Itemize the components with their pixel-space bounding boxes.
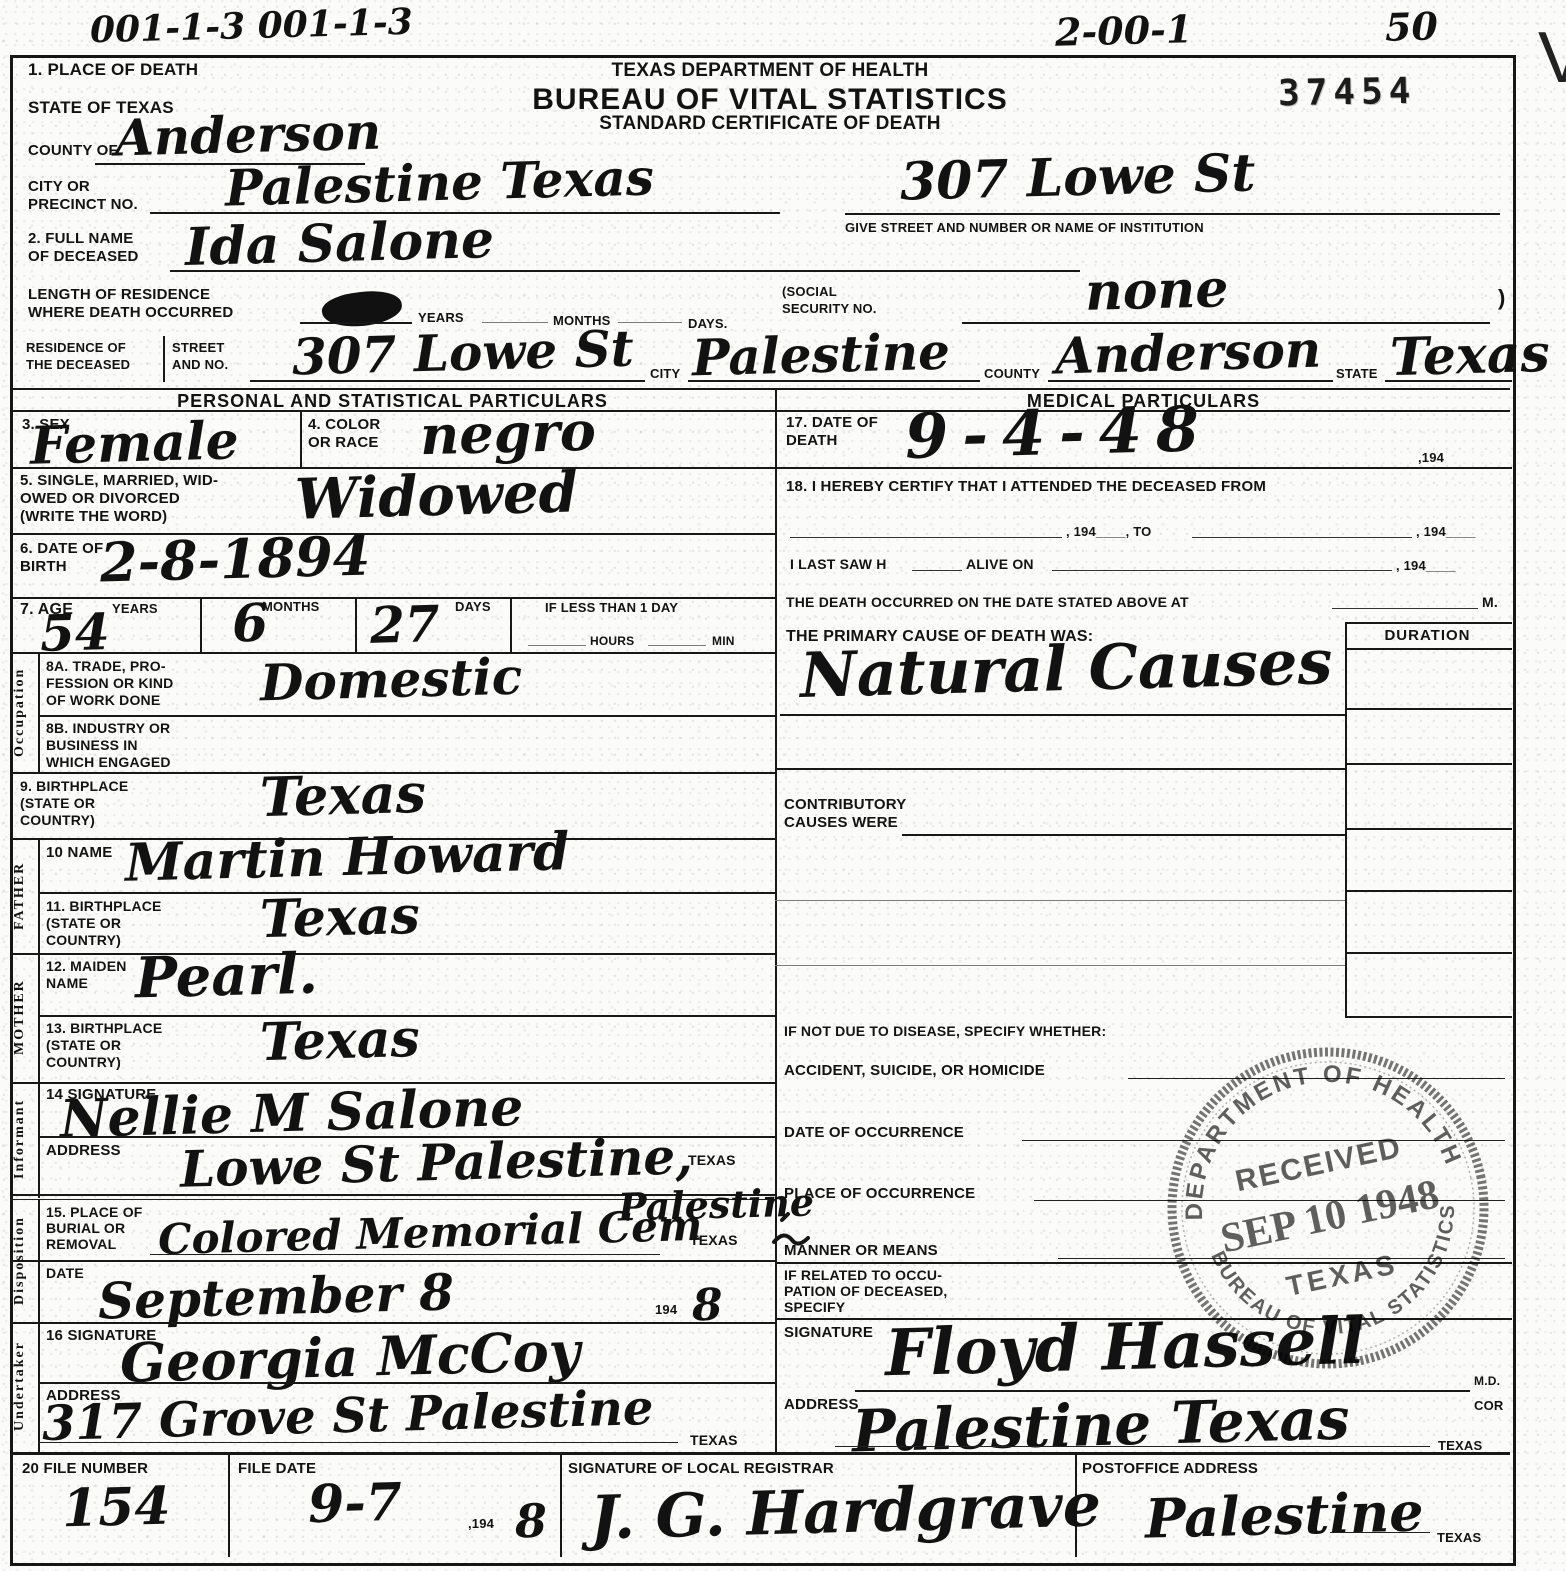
- trade-label-2: FESSION OR KIND: [46, 675, 173, 692]
- postoffice-state-label: TEXAS: [1437, 1530, 1481, 1545]
- city-label-2: PRECINCT NO.: [28, 196, 138, 214]
- dob-value: 2-8-1894: [99, 528, 371, 589]
- residence-county-value: Anderson: [1054, 325, 1321, 382]
- street-number-value: 307 Lowe St: [899, 147, 1256, 208]
- file-code-left: 001-1-3 001-1-3: [90, 4, 414, 48]
- undertaker-state-label: TEXAS: [690, 1432, 738, 1449]
- death-occurred-m-suffix: M.: [1482, 594, 1498, 611]
- manner-means-label: MANNER OR MEANS: [784, 1242, 938, 1260]
- related-occupation-label-2: PATION OF DECEASED,: [784, 1283, 948, 1300]
- svg-text:TEXAS: TEXAS: [1284, 1248, 1401, 1302]
- full-name-label-2: OF DECEASED: [28, 248, 139, 266]
- burial-label-2: BURIAL OR: [46, 1220, 125, 1237]
- residence-state-label: STATE: [1336, 366, 1378, 381]
- cor-label: COR: [1474, 1398, 1504, 1413]
- industry-label-2: BUSINESS IN: [46, 737, 138, 754]
- birthplace-label-1: 9. BIRTHPLACE: [20, 778, 128, 795]
- file-code-mid: 2-00-1: [1055, 10, 1193, 52]
- age-years-label: YEARS: [112, 601, 158, 616]
- trade-label-3: OF WORK DONE: [46, 692, 160, 709]
- industry-label-3: WHICH ENGAGED: [46, 754, 171, 771]
- occupation-side-label: Occupation: [12, 655, 28, 770]
- ssn-value: none: [1084, 263, 1229, 319]
- race-label-1: 4. COLOR: [308, 416, 380, 434]
- primary-cause-value: Natural Causes: [799, 631, 1333, 707]
- age-months-label: MONTHS: [262, 599, 320, 614]
- mother-birthplace-label-3: COUNTRY): [46, 1054, 121, 1071]
- file-number-label: 20 FILE NUMBER: [22, 1460, 148, 1478]
- file-date-year-value: 8: [514, 1498, 547, 1545]
- certify-blank-end: , 194____: [1416, 524, 1476, 539]
- sex-value: Female: [29, 415, 239, 472]
- father-birthplace-label-1: 11. BIRTHPLACE: [46, 898, 162, 915]
- birthplace-label-3: COUNTRY): [20, 812, 95, 829]
- undertaker-address-value: 317 Grove St Palestine: [41, 1384, 653, 1448]
- residence-state-value: Texas: [1389, 328, 1550, 384]
- burial-date-value: September 8: [97, 1267, 454, 1326]
- md-label: M.D.: [1474, 1374, 1500, 1388]
- mother-birthplace-value: Texas: [259, 1013, 420, 1069]
- mother-birthplace-label-1: 13. BIRTHPLACE: [46, 1020, 162, 1037]
- birthplace-label-2: (STATE OR: [20, 795, 95, 812]
- deceased-name-value: Ida Salone: [184, 214, 494, 274]
- trade-label-1: 8A. TRADE, PRO-: [46, 658, 166, 675]
- last-saw-label: I LAST SAW H: [790, 556, 887, 573]
- physician-address-label: ADDRESS: [784, 1396, 859, 1414]
- hours-label: HOURS: [590, 634, 634, 648]
- marital-value: Widowed: [294, 464, 578, 527]
- certificate-title: STANDARD CERTIFICATE OF DEATH: [520, 113, 1020, 135]
- marital-label-1: 5. SINGLE, MARRIED, WID-: [20, 472, 218, 490]
- race-label-2: OR RACE: [308, 434, 379, 452]
- related-occupation-label-1: IF RELATED TO OCCU-: [784, 1267, 942, 1284]
- street-no-label-1: STREET: [172, 340, 224, 355]
- residence-label-1: RESIDENCE OF: [26, 340, 126, 355]
- contributory-label-2: CAUSES WERE: [784, 814, 898, 832]
- contributory-label-1: CONTRIBUTORY: [784, 796, 906, 814]
- date-occurrence-label: DATE OF OCCURRENCE: [784, 1124, 964, 1142]
- residence-city-label: CITY: [650, 366, 680, 381]
- industry-label-1: 8B. INDUSTRY OR: [46, 720, 170, 737]
- physician-address-value: Palestine Texas: [851, 1389, 1350, 1460]
- mother-side-label: MOTHER: [12, 956, 28, 1078]
- place-occurrence-label: PLACE OF OCCURRENCE: [784, 1185, 975, 1203]
- county-of-label: COUNTY OF: [28, 142, 118, 160]
- certificate-number: 37454: [1278, 71, 1417, 116]
- duration-header: DURATION: [1345, 627, 1510, 645]
- informant-address-label: ADDRESS: [46, 1142, 121, 1160]
- mother-maiden-value: Pearl.: [134, 946, 318, 1007]
- alive-on-label: ALIVE ON: [966, 556, 1034, 573]
- race-value: negro: [419, 404, 596, 463]
- last-saw-year: , 194____: [1396, 558, 1456, 573]
- father-birthplace-label-3: COUNTRY): [46, 932, 121, 949]
- informant-side-label: Informant: [12, 1084, 28, 1194]
- min-label: MIN: [712, 634, 735, 648]
- street-no-label-2: AND NO.: [172, 357, 228, 372]
- department-title: TEXAS DEPARTMENT OF HEALTH: [520, 60, 1020, 82]
- related-occupation-label-3: SPECIFY: [784, 1299, 845, 1316]
- length-residence-label-2: WHERE DEATH OCCURRED: [28, 304, 233, 322]
- residence-label-2: THE DECEASED: [26, 357, 130, 372]
- file-date-value: 9-7: [307, 1477, 402, 1531]
- father-name-label: 10 NAME: [46, 844, 112, 862]
- burial-state-label: TEXAS: [690, 1232, 738, 1249]
- street-hint-label: GIVE STREET AND NUMBER OR NAME OF INSTIT…: [845, 220, 1204, 235]
- father-side-label: FATHER: [12, 840, 28, 952]
- ssn-paren-close: ): [1498, 285, 1506, 311]
- if-less-than-day-label: IF LESS THAN 1 DAY: [545, 600, 678, 615]
- age-months-value: 6: [231, 598, 269, 651]
- ssn-label-1: (SOCIAL: [782, 284, 837, 299]
- received-date-stamp: DEPARTMENT OF HEALTH BUREAU OF VITAL STA…: [1126, 1006, 1529, 1409]
- age-days-value: 27: [369, 599, 440, 651]
- postoffice-value: Palestine: [1144, 1484, 1424, 1545]
- certify-blank-mid: , 194____, TO: [1066, 524, 1151, 539]
- date-of-death-label-1: 17. DATE OF: [786, 414, 878, 432]
- burial-year-prefix: 194: [655, 1302, 677, 1317]
- full-name-label-1: 2. FULL NAME: [28, 230, 133, 248]
- postoffice-label: POSTOFFICE ADDRESS: [1082, 1460, 1258, 1478]
- dob-label-1: 6. DATE OF: [20, 540, 103, 558]
- marital-label-3: (WRITE THE WORD): [20, 508, 167, 526]
- date-of-death-year-hint: ,194: [1418, 450, 1444, 465]
- father-birthplace-value: Texas: [259, 890, 420, 946]
- informant-address-value: Lowe St Palestine,: [179, 1131, 693, 1194]
- file-date-label: FILE DATE: [238, 1460, 316, 1478]
- father-name-value: Martin Howard: [124, 826, 570, 890]
- mother-maiden-label-1: 12. MAIDEN: [46, 958, 127, 975]
- informant-state-label: TEXAS: [688, 1152, 736, 1169]
- birthplace-value: Texas: [259, 766, 426, 824]
- burial-label-3: REMOVAL: [46, 1236, 116, 1253]
- date-of-death-value: 9-4-48: [904, 398, 1214, 468]
- accident-label: ACCIDENT, SUICIDE, OR HOMICIDE: [784, 1062, 1045, 1080]
- certify-statement: 18. I HEREBY CERTIFY THAT I ATTENDED THE…: [786, 478, 1266, 496]
- father-birthplace-label-2: (STATE OR: [46, 915, 121, 932]
- place-of-death-label: 1. PLACE OF DEATH: [28, 60, 198, 80]
- burial-label-1: 15. PLACE OF: [46, 1204, 143, 1221]
- city-value: Palestine Texas: [224, 152, 654, 213]
- burial-date-label: DATE: [46, 1265, 84, 1282]
- undertaker-signature-value: Georgia McCoy: [119, 1324, 580, 1390]
- death-certificate-scan: 001-1-3 001-1-3 2-00-1 50 V 1. PLACE OF …: [0, 0, 1566, 1571]
- file-code-right: 50: [1385, 7, 1439, 46]
- residence-street-value: 307 Lowe St: [291, 324, 634, 383]
- file-number-value: 154: [61, 1481, 171, 1536]
- death-occurred-label: THE DEATH OCCURRED ON THE DATE STATED AB…: [786, 594, 1189, 611]
- mother-maiden-label-2: NAME: [46, 975, 88, 992]
- residence-county-label: COUNTY: [984, 366, 1040, 381]
- age-days-label: DAYS: [455, 599, 491, 614]
- undertaker-side-label: Undertaker: [12, 1325, 28, 1447]
- registrar-signature-value: J. G. Hardgrave: [589, 1475, 1101, 1548]
- registrar-label: SIGNATURE OF LOCAL REGISTRAR: [568, 1460, 834, 1478]
- marital-label-2: OWED OR DIVORCED: [20, 490, 180, 508]
- if-not-due-label: IF NOT DUE TO DISEASE, SPECIFY WHETHER:: [784, 1023, 1106, 1040]
- city-label-1: CITY OR: [28, 178, 90, 196]
- dob-label-2: BIRTH: [20, 558, 67, 576]
- corner-check-mark: V: [1538, 16, 1566, 101]
- mother-birthplace-label-2: (STATE OR: [46, 1037, 121, 1054]
- file-date-year-prefix: ,194: [468, 1516, 494, 1531]
- residence-city-value: Palestine: [691, 327, 950, 384]
- ssn-label-2: SECURITY NO.: [782, 301, 877, 316]
- trade-value: Domestic: [259, 652, 522, 709]
- length-residence-label-1: LENGTH OF RESIDENCE: [28, 286, 210, 304]
- date-of-death-label-2: DEATH: [786, 432, 838, 450]
- physician-signature-label: SIGNATURE: [784, 1324, 873, 1342]
